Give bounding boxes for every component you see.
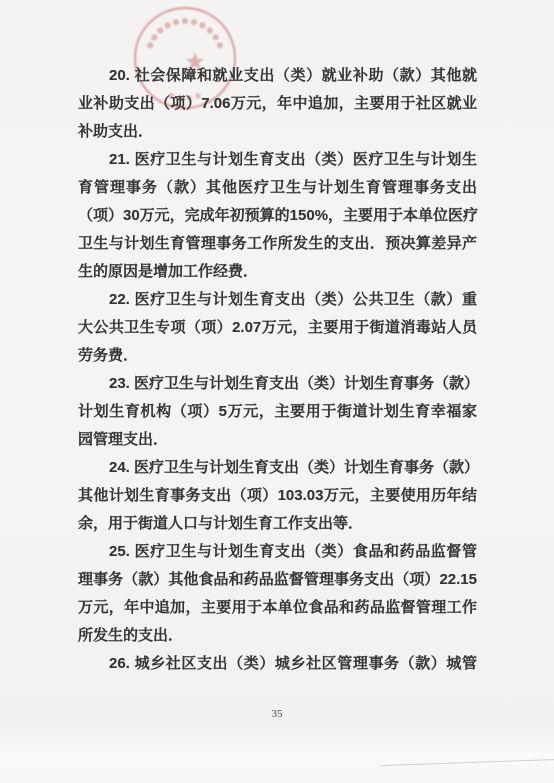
text-line: （项）30万元，完成年初预算的150%，主要用于本单位医疗 — [78, 202, 477, 230]
page-number: 35 — [0, 708, 554, 720]
text-line: 大公共卫生专项（项）2.07万元，主要用于街道消毒站人员 — [78, 314, 477, 342]
paragraph-25: 25. 医疗卫生与计划生育支出（类）食品和药品监督管 理事务（款）其他食品和药品… — [78, 538, 477, 650]
text-line: 补助支出． — [78, 118, 477, 146]
text-line: 24. 医疗卫生与计划生育支出（类）计划生育事务（款） — [78, 454, 477, 482]
paragraph-26: 26. 城乡社区支出（类）城乡社区管理事务（款）城管 — [78, 650, 477, 678]
text-line: 其他计划生育事务支出（项）103.03万元，主要使用历年结 — [78, 482, 477, 510]
text-line: 园管理支出． — [78, 426, 477, 454]
text-line: 理事务（款）其他食品和药品监督管理事务支出（项）22.15 — [78, 566, 477, 594]
text-line: 万元，年中追加，主要用于本单位食品和药品监督管理工作 — [78, 594, 477, 622]
text-line: 业补助支出（项）7.06万元，年中追加，主要用于社区就业 — [78, 90, 477, 118]
text-line: 劳务费． — [78, 342, 477, 370]
text-line: 卫生与计划生育管理事务工作所发生的支出．预决算差异产 — [78, 230, 477, 258]
paragraph-24: 24. 医疗卫生与计划生育支出（类）计划生育事务（款） 其他计划生育事务支出（项… — [78, 454, 477, 538]
text-line: 所发生的支出． — [78, 622, 477, 650]
text-line: 育管理事务（款）其他医疗卫生与计划生育管理事务支出 — [78, 174, 477, 202]
text-line: 余，用于街道人口与计划生育工作支出等． — [78, 510, 477, 538]
text-line: 26. 城乡社区支出（类）城乡社区管理事务（款）城管 — [78, 650, 477, 678]
seal-arc-text-marks — [147, 18, 223, 49]
scanned-document-page: 20. 社会保障和就业支出（类）就业补助（款）其他就 业补助支出（项）7.06万… — [0, 0, 554, 783]
text-line: 25. 医疗卫生与计划生育支出（类）食品和药品监督管 — [78, 538, 477, 566]
paragraph-21: 21. 医疗卫生与计划生育支出（类）医疗卫生与计划生 育管理事务（款）其他医疗卫… — [78, 146, 477, 286]
scan-edge-artifact — [380, 759, 554, 766]
document-body: 20. 社会保障和就业支出（类）就业补助（款）其他就 业补助支出（项）7.06万… — [78, 62, 477, 678]
text-line: 计划生育机构（项）5万元，主要用于街道计划生育幸福家 — [78, 398, 477, 426]
paragraph-22: 22. 医疗卫生与计划生育支出（类）公共卫生（款）重 大公共卫生专项（项）2.0… — [78, 286, 477, 370]
text-line: 生的原因是增加工作经费． — [78, 258, 477, 286]
text-line: 22. 医疗卫生与计划生育支出（类）公共卫生（款）重 — [78, 286, 477, 314]
text-line: 23. 医疗卫生与计划生育支出（类）计划生育事务（款） — [78, 370, 477, 398]
text-line: 20. 社会保障和就业支出（类）就业补助（款）其他就 — [78, 62, 477, 90]
text-line: 21. 医疗卫生与计划生育支出（类）医疗卫生与计划生 — [78, 146, 477, 174]
paragraph-20: 20. 社会保障和就业支出（类）就业补助（款）其他就 业补助支出（项）7.06万… — [78, 62, 477, 146]
paragraph-23: 23. 医疗卫生与计划生育支出（类）计划生育事务（款） 计划生育机构（项）5万元… — [78, 370, 477, 454]
